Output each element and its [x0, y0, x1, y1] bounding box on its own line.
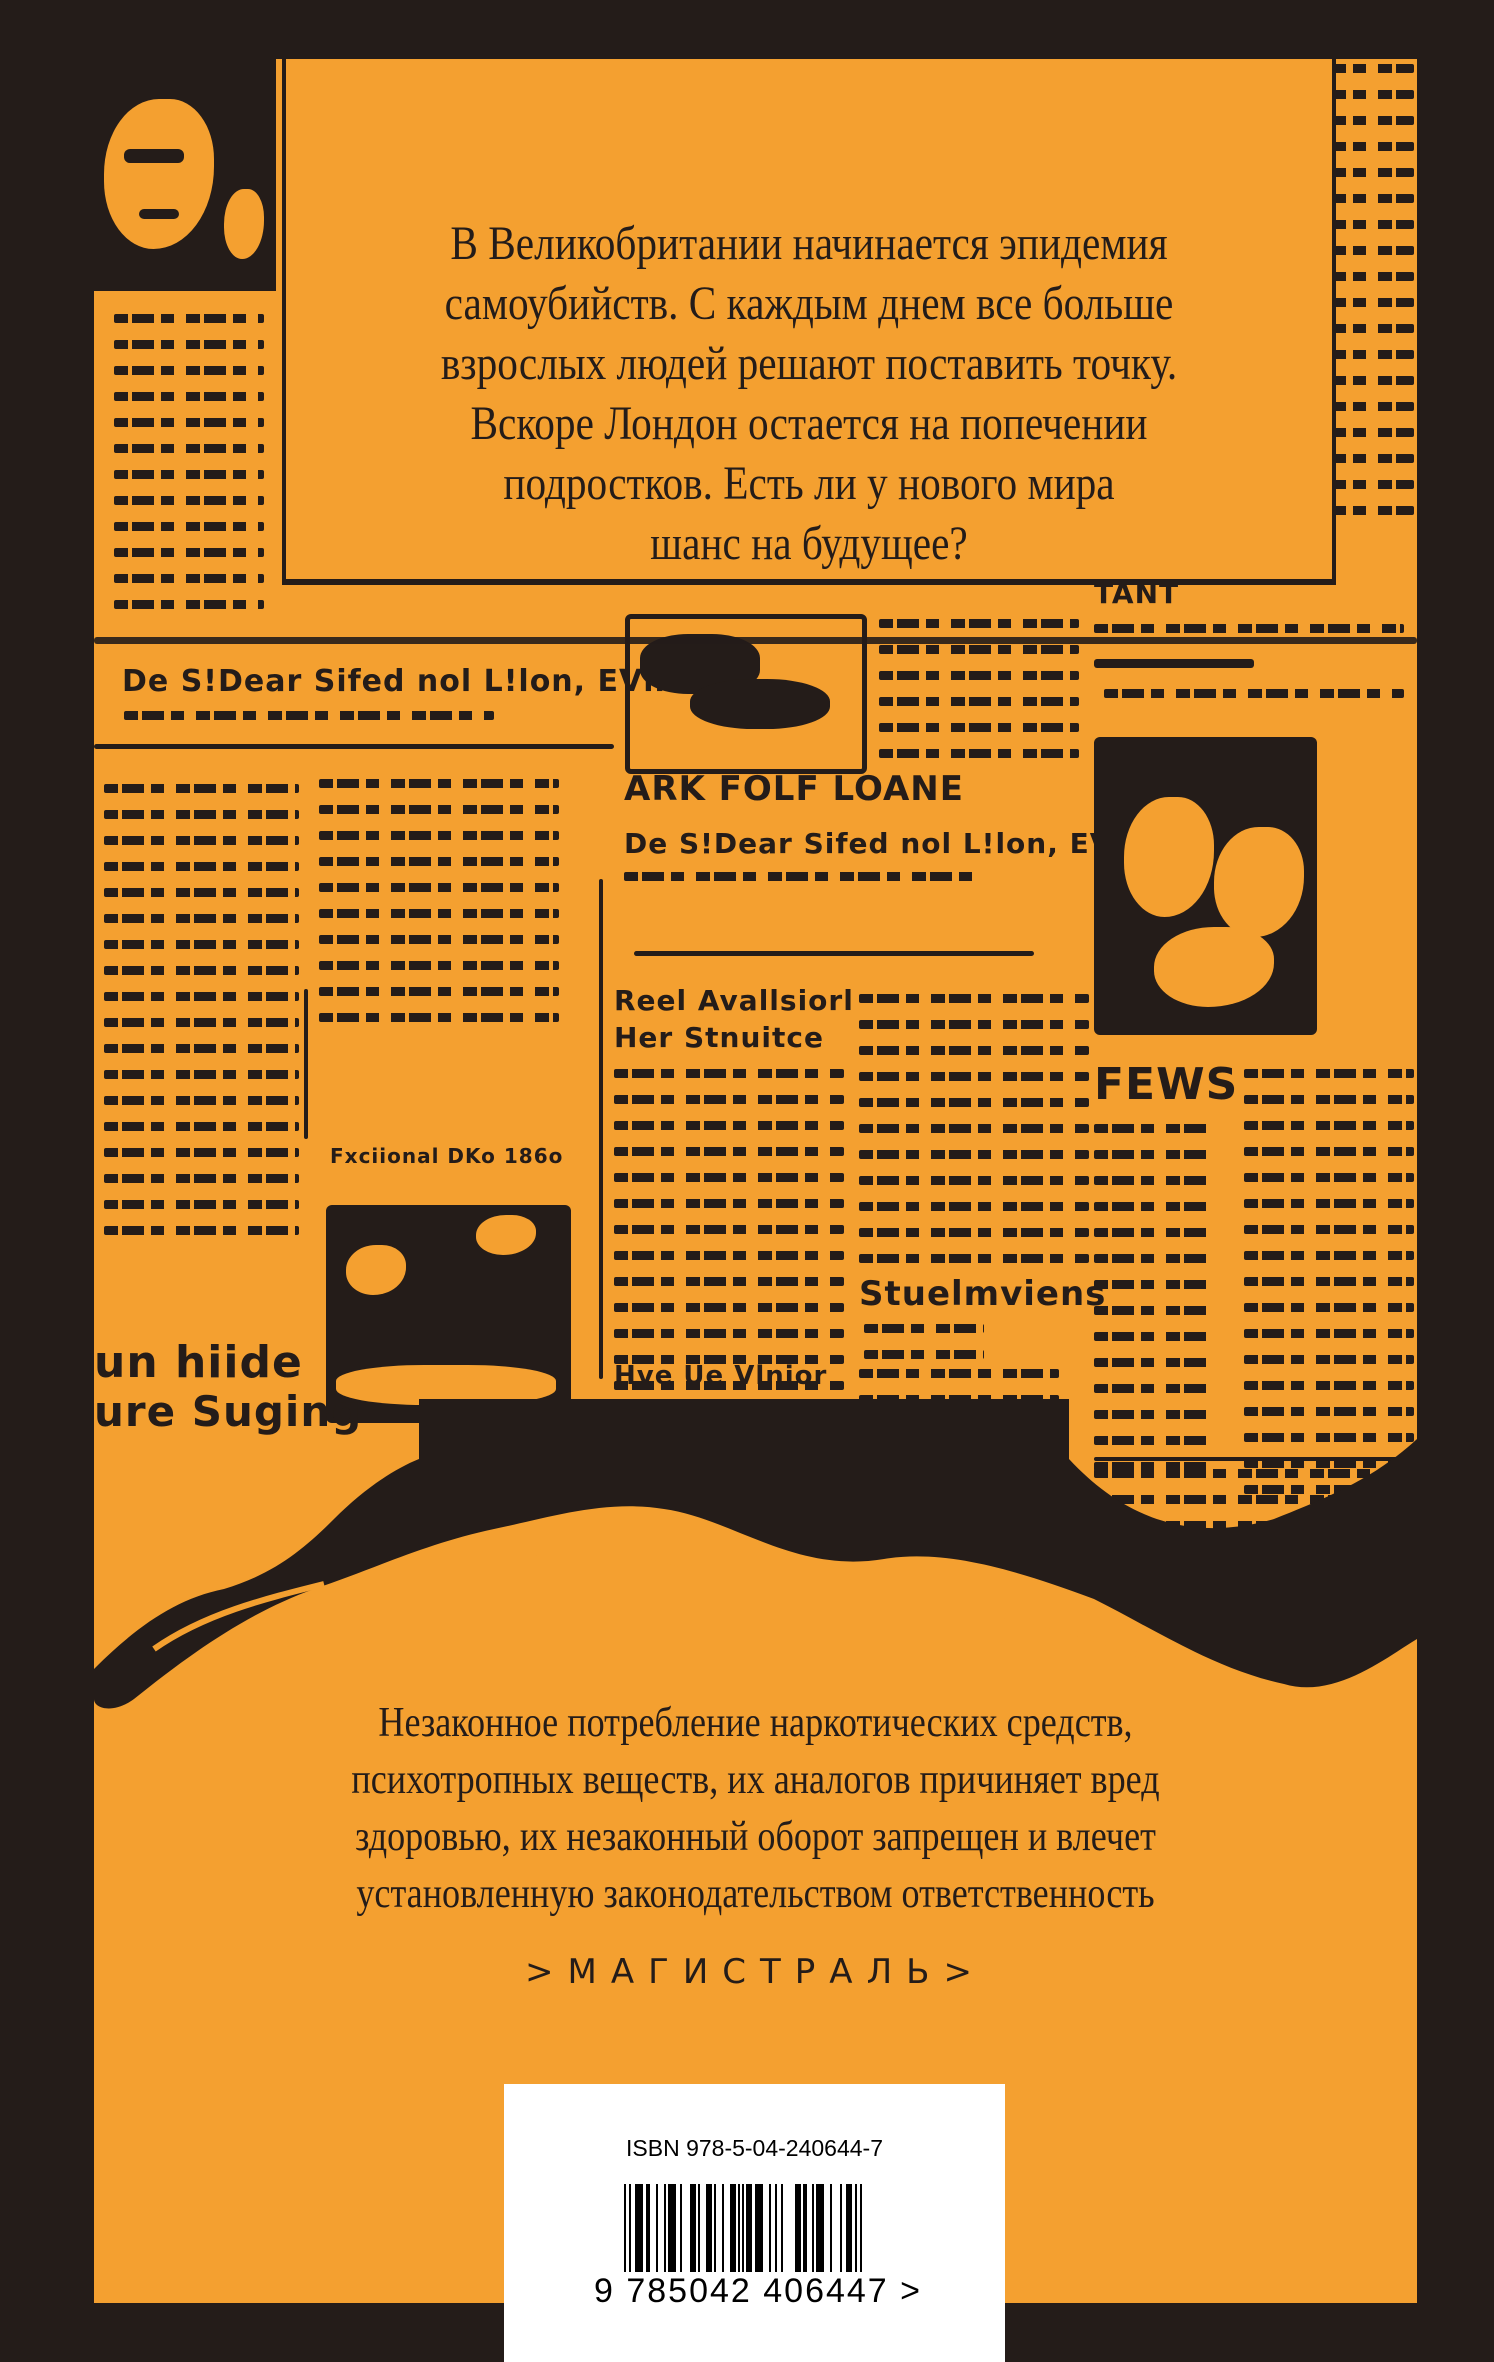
group-photo — [1094, 737, 1317, 1035]
blurb-text: В Великобритании начинается эпидемия сам… — [359, 214, 1259, 574]
collage-headline: un hiide — [94, 1337, 303, 1388]
blurb-box: В Великобритании начинается эпидемия сам… — [282, 59, 1336, 585]
article-text — [319, 779, 559, 1039]
collage-headline: Fxciional DKo 186o — [330, 1144, 563, 1168]
collage-headline: ARK FOLF LOANE — [624, 769, 964, 809]
article-text — [124, 711, 494, 737]
article-text — [859, 994, 1089, 1280]
collage-photo — [326, 1205, 571, 1423]
warning-line: установленную законодательством ответств… — [187, 1866, 1325, 1923]
collage-headline: De S!Dear Sifed nol L!lon, EVlli — [122, 664, 677, 699]
warning-line: психотропных веществ, их аналогов причин… — [187, 1752, 1325, 1809]
article-text — [624, 872, 974, 898]
blurb-line: шанс на будущее? — [359, 514, 1259, 574]
blurb-line: подростков. Есть ли у нового мира — [359, 454, 1259, 514]
collage-headline: De S!Dear Sifed nol L!lon, EVlli — [624, 827, 1144, 860]
collage-headline: Hve Ue Vlnior — [614, 1361, 827, 1391]
collage-headline: Her Stnuitce — [614, 1021, 824, 1054]
collage-headline: Reel Avallsiorl — [614, 984, 854, 1017]
portrait-photo — [94, 59, 276, 291]
warning-line: здоровью, их незаконный оборот запрещен … — [187, 1809, 1325, 1866]
collage-headline: Stuelmviens — [859, 1274, 1106, 1314]
blurb-line: самоубийств. С каждым днем все больше — [359, 274, 1259, 334]
barcode-digits: 9 785042 406447 > — [594, 2272, 922, 2311]
blurb-line: В Великобритании начинается эпидемия — [359, 214, 1259, 274]
blurb-line: взрослых людей решают поставить точку. — [359, 334, 1259, 394]
article-text — [104, 784, 299, 1252]
legal-warning: Незаконное потребление наркотических сре… — [187, 1695, 1325, 1923]
article-text — [114, 314, 264, 626]
collage-headline: TANT — [1094, 577, 1179, 610]
torn-paper-shape — [94, 1399, 1417, 1719]
warning-line: Незаконное потребление наркотических сре… — [187, 1695, 1325, 1752]
article-text — [1104, 689, 1404, 715]
publisher-logo: >МАГИСТРАЛЬ> — [94, 1952, 1417, 1992]
collage-headline: FEWS — [1094, 1059, 1238, 1110]
barcode-icon — [624, 2184, 920, 2286]
blurb-line: Вскоре Лондон остается на попечении — [359, 394, 1259, 454]
barcode-box: ISBN 978-5-04-240644-7 9 785042 406447 > — [504, 2084, 1005, 2362]
isbn-label: ISBN 978-5-04-240644-7 — [504, 2135, 1005, 2162]
